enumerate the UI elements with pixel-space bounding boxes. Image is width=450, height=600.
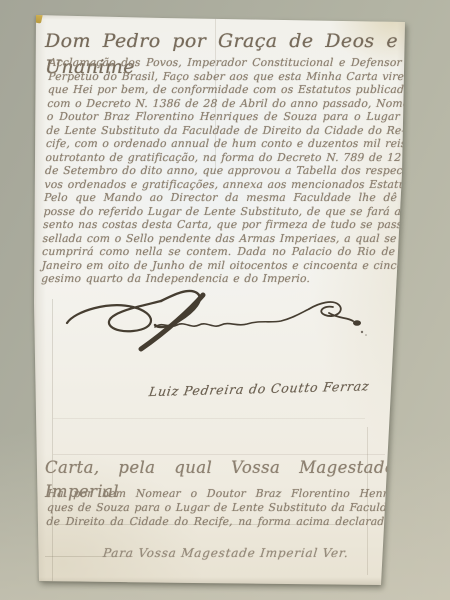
closing-line: Ha por bem Nomear o Doutor Braz Florenti…	[47, 487, 395, 501]
body-line: posse do referido Lugar de Lente Substit…	[43, 205, 396, 219]
minister-signature: Luiz Pedreira do Coutto Ferraz	[148, 378, 386, 399]
body-line: de Setembro do dito anno, que approvou a…	[45, 164, 398, 178]
body-line: gesimo quarto da Independencia e do Impe…	[41, 272, 394, 286]
body-line: com o Decreto N. 1386 de 28 de Abril do …	[47, 97, 400, 111]
closing-line: ques de Souza para o Lugar de Lente Subs…	[47, 501, 395, 515]
document-sheet: Dom Pedro por Graça de Deos e Unanime Ac…	[33, 13, 407, 586]
body-line: cife, com o ordenado annual de hum conto…	[46, 137, 399, 151]
imperial-signature	[61, 285, 371, 365]
body-line: vos ordenados e gratificações, annexa ao…	[44, 178, 397, 192]
body-line: de Lente Substituto da Faculdade de Dire…	[46, 124, 399, 138]
body-line: que Hei por bem, de conformidade com os …	[48, 83, 401, 97]
body-line: outrotanto de gratificação, na forma do …	[45, 151, 398, 165]
body-line: Perpetuo do Brasil, Faço saber aos que e…	[48, 70, 401, 84]
body-line: sento nas costas desta Carta, que por fi…	[43, 218, 396, 232]
closing-paragraph: Ha por bem Nomear o Doutor Braz Florenti…	[46, 487, 395, 528]
pencil-rule	[53, 454, 385, 455]
closing-line: de Direito da Cidade do Recife, na forma…	[46, 515, 394, 529]
body-line: cumprirá como nella se contem. Dada no P…	[42, 245, 395, 259]
seal-chip	[34, 12, 43, 23]
pencil-rule	[52, 299, 53, 582]
body-line: sellada com o Sello pendente das Armas I…	[42, 232, 395, 246]
body-line: Acclamação dos Povos, Imperador Constitu…	[49, 56, 402, 70]
paper-surface: Dom Pedro por Graça de Deos e Unanime Ac…	[33, 13, 407, 586]
pencil-rule	[53, 418, 365, 419]
document-body: Acclamação dos Povos, Imperador Constitu…	[41, 56, 402, 286]
footer-line: Para Vossa Magestade Imperial Ver.	[102, 546, 353, 560]
body-line: Janeiro em oito de Junho de mil oitocent…	[41, 259, 394, 273]
body-line: Pelo que Mando ao Director da mesma Facu…	[44, 191, 397, 205]
desk-background: Dom Pedro por Graça de Deos e Unanime Ac…	[0, 0, 450, 600]
body-line: o Doutor Braz Florentino Henriques de So…	[47, 110, 400, 124]
